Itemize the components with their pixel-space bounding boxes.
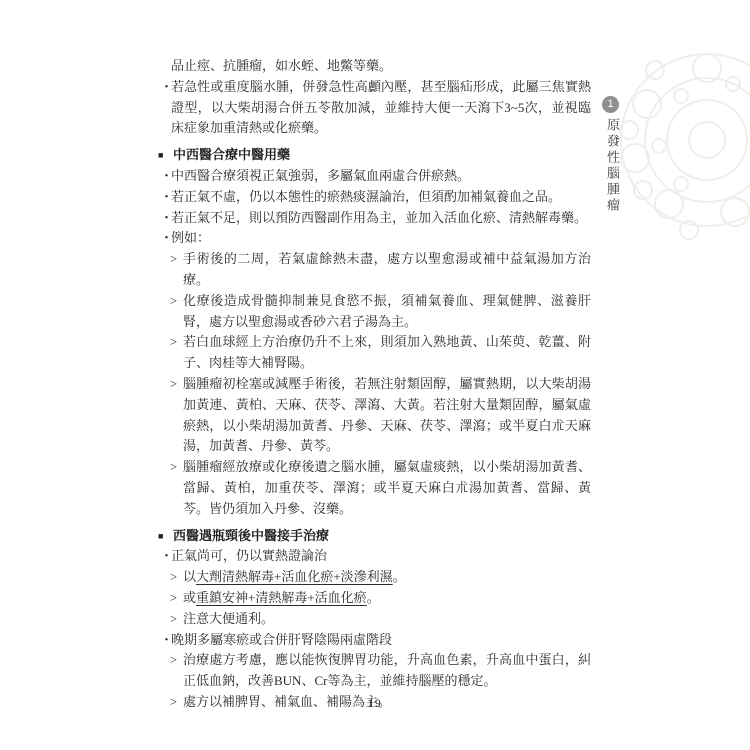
- text-block-section: ■西醫遇瓶頸後中醫接手治療: [158, 526, 591, 547]
- arrow-marker: >: [170, 650, 177, 671]
- text-segment: 若正氣不足，則以預防西醫副作用為主，並加入活血化瘀、清熱解毒藥。: [171, 210, 587, 225]
- arrow-marker: >: [170, 609, 177, 630]
- text-block-bullet: ・若急性或重度腦水腫，併發急性高顱內壓，甚至腦疝形成，此屬三焦實熱證型，以大柴胡…: [160, 77, 591, 139]
- chapter-number-badge: 1: [602, 96, 619, 113]
- text-segment: 若白血球經上方治療仍升不上來，則須加入熟地黃、山茱萸、乾薑、附子、肉桂等大補腎陽…: [183, 334, 591, 370]
- text-segment: 腦腫瘤初栓塞或減壓手術後，若無注射類固醇，屬實熱期，以大柴胡湯加黃連、黃柏、天麻…: [183, 376, 591, 453]
- text-segment: 若正氣不虛，仍以本態性的瘀熱痰濕論治，但須酌加補氣養血之品。: [171, 189, 561, 204]
- text-segment: 中西醫合療中醫用藥: [173, 147, 290, 162]
- text-block-bullet: ・中西醫合療須視正氣強弱，多屬氣血兩虛合併瘀熱。: [160, 166, 591, 187]
- underlined-phrase: 大劑清熱解毒+活血化瘀+淡滲利濕: [196, 569, 393, 584]
- text-block-bullet: ・正氣尚可，仍以實熱證論治: [160, 546, 591, 567]
- text-block-bullet: ・晚期多屬寒瘀或合併肝腎陰陽兩虛階段: [160, 630, 591, 651]
- text-segment: 晚期多屬寒瘀或合併肝腎陰陽兩虛階段: [171, 632, 392, 647]
- arrow-marker: >: [170, 567, 177, 588]
- text-segment: 以: [183, 569, 196, 584]
- arrow-marker: >: [170, 291, 177, 312]
- text-block-bullet: ・若正氣不足，則以預防西醫副作用為主，並加入活血化瘀、清熱解毒藥。: [160, 208, 591, 229]
- section-marker: ■: [158, 145, 163, 166]
- arrow-marker: >: [170, 332, 177, 353]
- section-marker: ■: [158, 526, 163, 547]
- bullet-marker: ・: [160, 228, 173, 249]
- text-segment: 腦腫瘤經放療或化療後遺之腦水腫，屬氣虛痰熱，以小柴胡湯加黃耆、當歸、黃柏，加重茯…: [183, 459, 591, 516]
- arrow-marker: >: [170, 457, 177, 478]
- book-page: 1 原發性腦腫瘤 品止痙、抗腫瘤，如水蛭、地鱉等藥。・若急性或重度腦水腫，併發急…: [0, 0, 750, 750]
- text-segment: 注意大便通利。: [183, 611, 274, 626]
- bullet-marker: ・: [160, 208, 173, 229]
- text-block-arrow: >若白血球經上方治療仍升不上來，則須加入熟地黃、山茱萸、乾薑、附子、肉桂等大補腎…: [170, 332, 591, 374]
- content-blocks: 品止痙、抗腫瘤，如水蛭、地鱉等藥。・若急性或重度腦水腫，併發急性高顱內壓，甚至腦…: [158, 56, 591, 713]
- text-block-bullet: ・若正氣不虛，仍以本態性的瘀熱痰濕論治，但須酌加補氣養血之品。: [160, 187, 591, 208]
- bullet-marker: ・: [160, 546, 173, 567]
- text-segment: 正氣尚可，仍以實熱證論治: [171, 548, 327, 563]
- text-segment: 品止痙、抗腫瘤，如水蛭、地鱉等藥。: [171, 58, 392, 73]
- arrow-marker: >: [170, 249, 177, 270]
- text-block-cont: 品止痙、抗腫瘤，如水蛭、地鱉等藥。: [160, 56, 591, 77]
- text-block-arrow: >手術後的二周，若氣虛餘熱未盡，處方以聖愈湯或補中益氣湯加方治療。: [170, 249, 591, 291]
- text-block-arrow: >腦腫瘤經放療或化療後遺之腦水腫，屬氣虛痰熱，以小柴胡湯加黃耆、當歸、黃柏，加重…: [170, 457, 591, 519]
- text-segment: 化療後造成骨髓抑制兼見食慾不振，須補氣養血、理氣健脾、滋養肝腎，處方以聖愈湯或香…: [183, 293, 591, 329]
- text-segment: 中西醫合療須視正氣強弱，多屬氣血兩虛合併瘀熱。: [171, 168, 470, 183]
- bullet-marker: ・: [160, 166, 173, 187]
- text-block-arrow: >以大劑清熱解毒+活血化瘀+淡滲利濕。: [170, 567, 591, 588]
- text-segment: 或: [183, 590, 196, 605]
- arrow-marker: >: [170, 374, 177, 395]
- text-block-section: ■中西醫合療中醫用藥: [158, 145, 591, 166]
- chapter-title-vertical: 原發性腦腫瘤: [603, 118, 622, 214]
- page-number: 19: [0, 698, 750, 710]
- text-block-arrow: >化療後造成骨髓抑制兼見食慾不振，須補氣養血、理氣健脾、滋養肝腎，處方以聖愈湯或…: [170, 291, 591, 333]
- text-block-bullet: ・例如：: [160, 228, 591, 249]
- arrow-marker: >: [170, 588, 177, 609]
- text-block-arrow: >或重鎮安神+清熱解毒+活血化瘀。: [170, 588, 591, 609]
- text-segment: 。: [367, 590, 380, 605]
- text-segment: 西醫遇瓶頸後中醫接手治療: [173, 528, 329, 543]
- text-block-arrow: >治療處方考慮，應以能恢復脾胃功能，升高血色素，升高血中蛋白，糾正低血鈉，改善B…: [170, 650, 591, 692]
- text-block-arrow: >腦腫瘤初栓塞或減壓手術後，若無注射類固醇，屬實熱期，以大柴胡湯加黃連、黃柏、天…: [170, 374, 591, 457]
- bullet-marker: ・: [160, 77, 173, 98]
- bullet-marker: ・: [160, 187, 173, 208]
- text-segment: 手術後的二周，若氣虛餘熱未盡，處方以聖愈湯或補中益氣湯加方治療。: [183, 251, 591, 287]
- text-segment: 例如：: [171, 230, 210, 245]
- text-segment: 治療處方考慮，應以能恢復脾胃功能，升高血色素，升高血中蛋白，糾正低血鈉，改善BU…: [183, 652, 591, 688]
- text-segment: 。: [393, 569, 406, 584]
- text-block-arrow: >注意大便通利。: [170, 609, 591, 630]
- text-segment: 若急性或重度腦水腫，併發急性高顱內壓，甚至腦疝形成，此屬三焦實熱證型，以大柴胡湯…: [171, 79, 591, 136]
- underlined-phrase: 重鎮安神+清熱解毒+活血化瘀: [196, 590, 367, 605]
- bullet-marker: ・: [160, 630, 173, 651]
